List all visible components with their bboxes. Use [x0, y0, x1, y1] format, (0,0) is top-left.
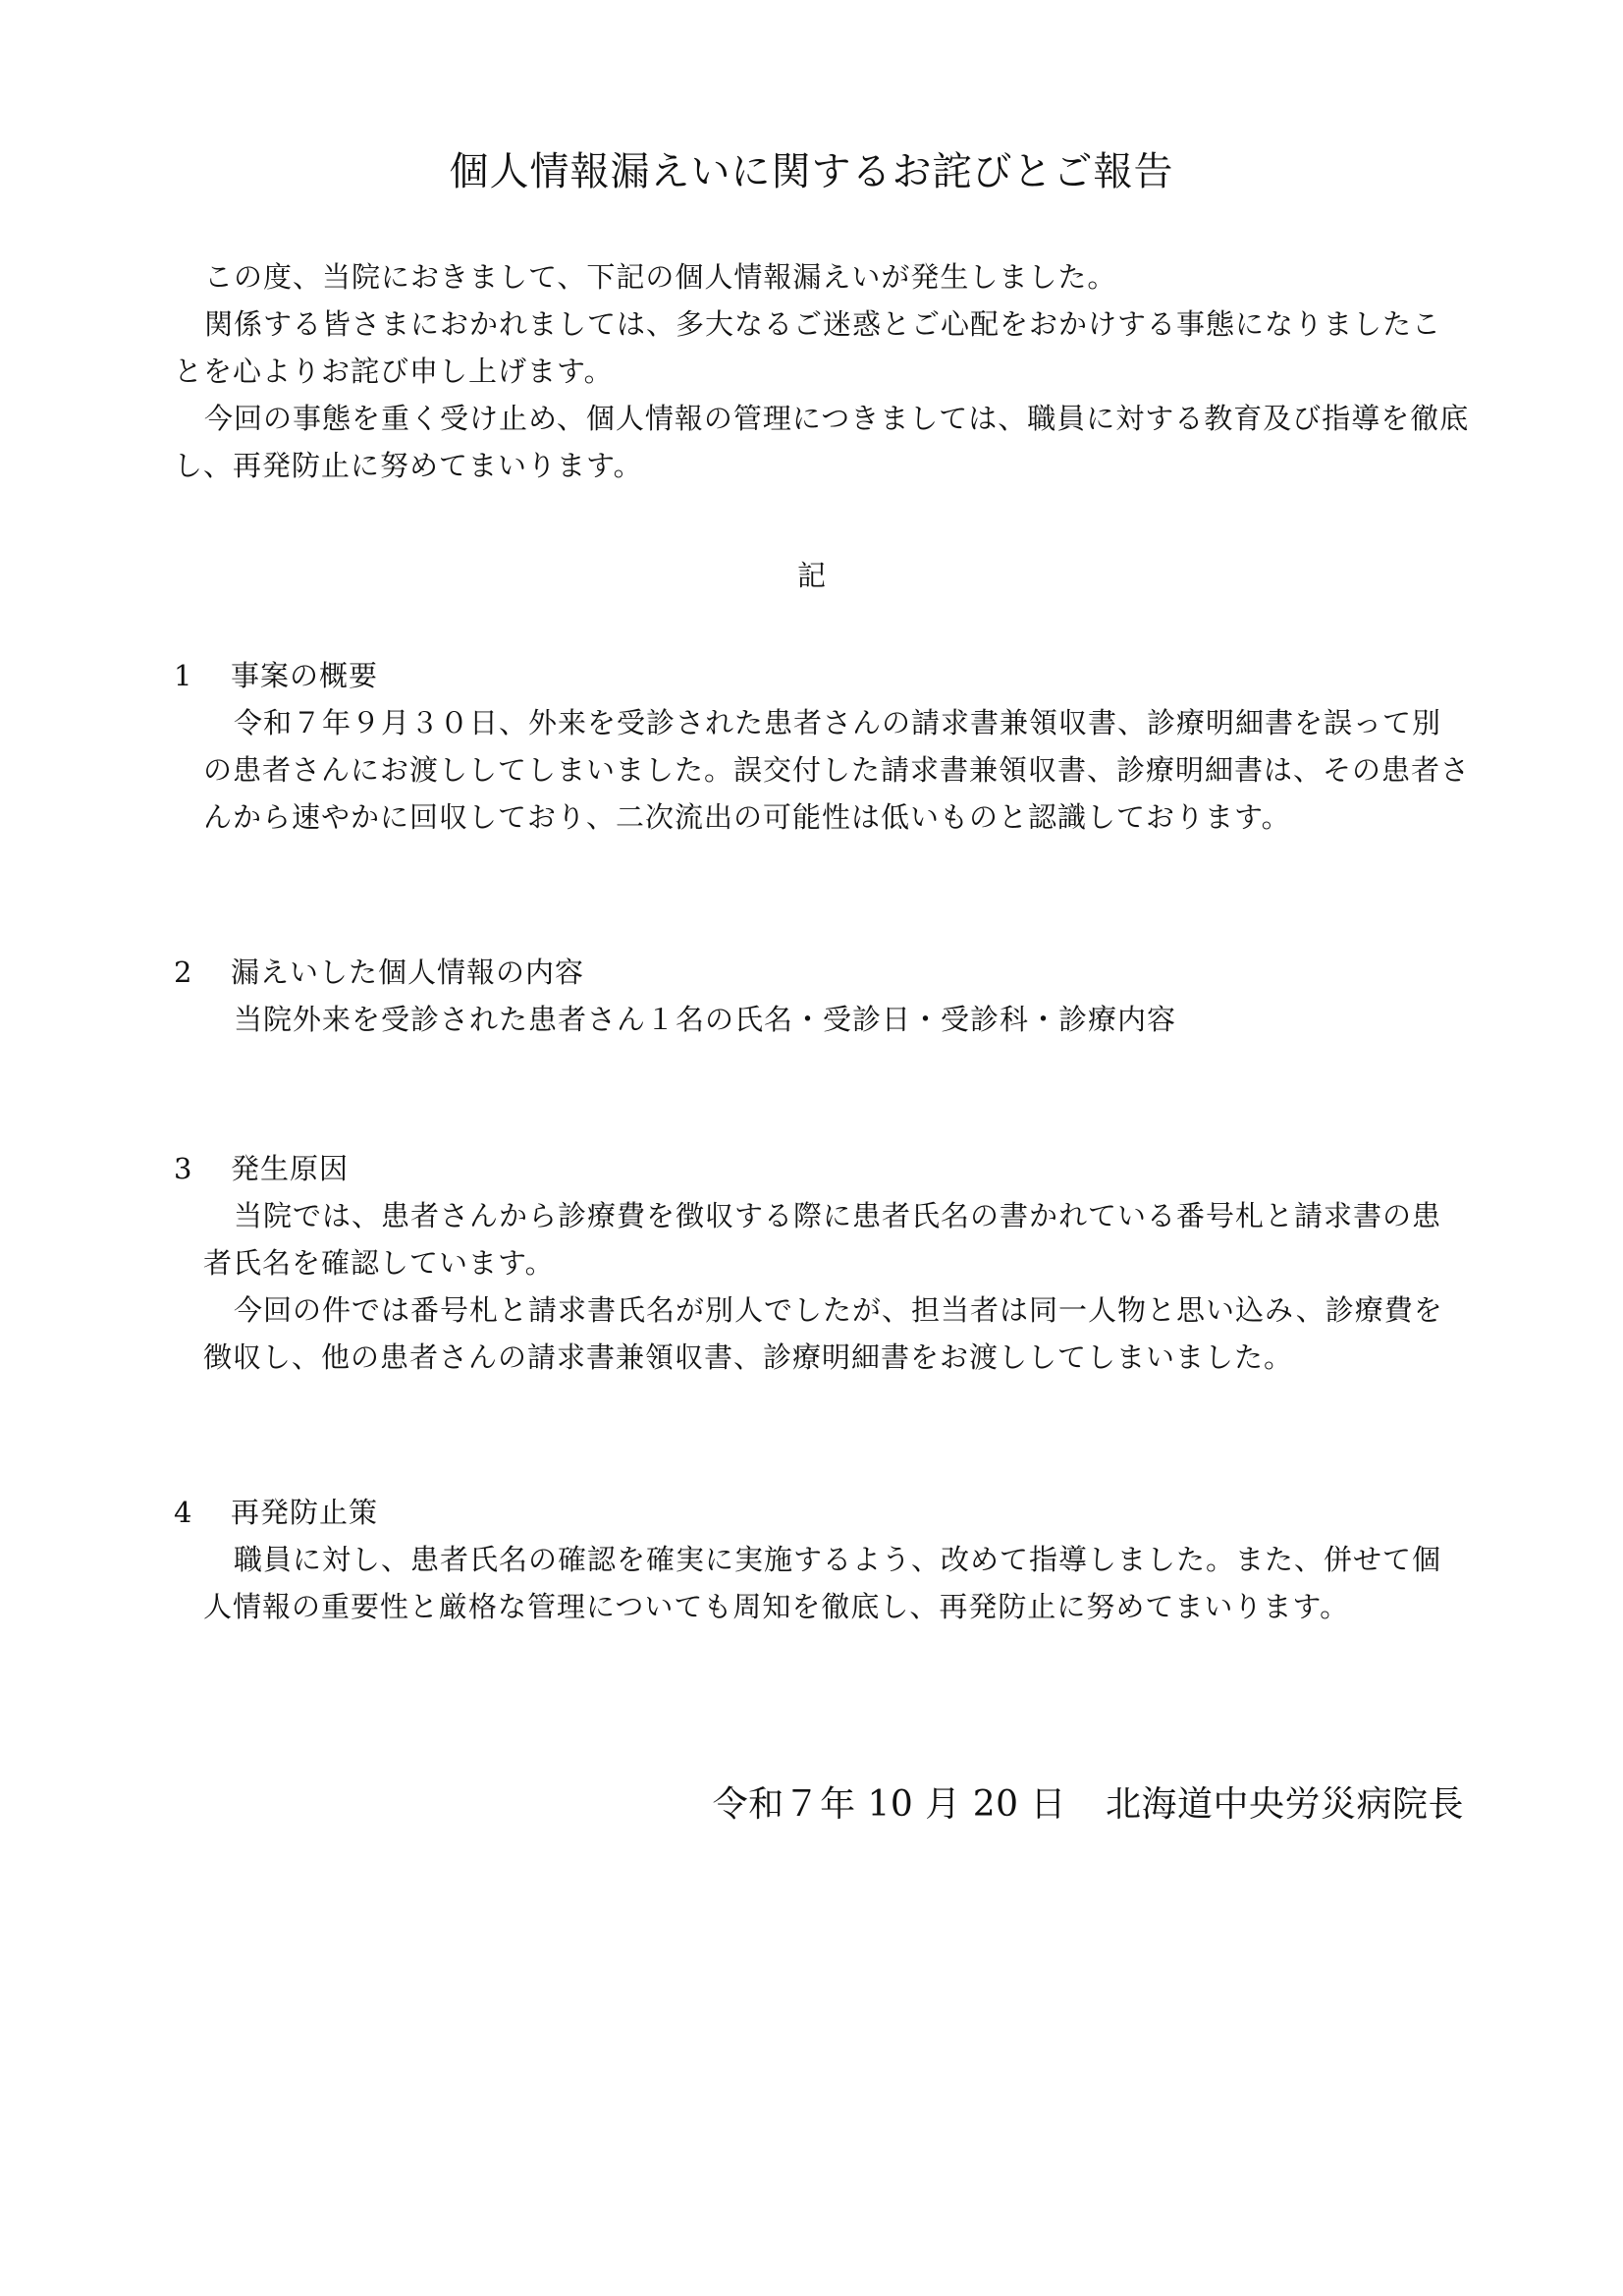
- section-body: 当院では、患者さんから診療費を徴収する際に患者氏名の書かれている番号札と請求書の…: [174, 1192, 1470, 1381]
- section-title: 発生原因: [231, 1145, 349, 1192]
- section-body: 職員に対し、患者氏名の確認を確実に実施するよう、改めて指導しました。また、併せて…: [174, 1536, 1470, 1630]
- section-body: 令和７年９月３０日、外来を受診された患者さんの請求書兼領収書、診療明細書を誤って…: [174, 699, 1470, 841]
- section-paragraph: 当院外来を受診された患者さん１名の氏名・受診日・受診科・診療内容: [203, 996, 1470, 1043]
- section-heading: 3 発生原因: [174, 1145, 1470, 1192]
- section-heading: 4 再発防止策: [174, 1489, 1470, 1536]
- signature-author: 北海道中央労災病院長: [1106, 1784, 1464, 1825]
- section-number: 4: [174, 1489, 231, 1536]
- section-leaked-info: 2 漏えいした個人情報の内容 当院外来を受診された患者さん１名の氏名・受診日・受…: [174, 949, 1470, 1043]
- section-prevention: 4 再発防止策 職員に対し、患者氏名の確認を確実に実施するよう、改めて指導しまし…: [174, 1489, 1470, 1630]
- section-number: 3: [174, 1145, 231, 1192]
- intro-paragraph: 関係する皆さまにおかれましては、多大なるご迷惑とご心配をおかけする事態になりまし…: [174, 301, 1470, 395]
- section-body: 当院外来を受診された患者さん１名の氏名・受診日・受診科・診療内容: [174, 996, 1470, 1043]
- section-cause: 3 発生原因 当院では、患者さんから診療費を徴収する際に患者氏名の書かれている番…: [174, 1145, 1470, 1381]
- ki-marker: 記: [0, 552, 1623, 599]
- intro-paragraph: この度、当院におきまして、下記の個人情報漏えいが発生しました。: [174, 253, 1470, 301]
- section-number: 2: [174, 949, 231, 996]
- section-heading: 1 事案の概要: [174, 652, 1470, 699]
- intro-paragraph: 今回の事態を重く受け止め、個人情報の管理につきましては、職員に対する教育及び指導…: [174, 395, 1470, 489]
- document-page: 個人情報漏えいに関するお詫びとご報告 この度、当院におきまして、下記の個人情報漏…: [0, 0, 1623, 2296]
- section-title: 再発防止策: [231, 1489, 378, 1536]
- section-paragraph: 今回の件では番号札と請求書氏名が別人でしたが、担当者は同一人物と思い込み、診療費…: [203, 1286, 1470, 1381]
- section-paragraph: 令和７年９月３０日、外来を受診された患者さんの請求書兼領収書、診療明細書を誤って…: [203, 699, 1470, 841]
- section-title: 漏えいした個人情報の内容: [231, 949, 584, 996]
- intro-block: この度、当院におきまして、下記の個人情報漏えいが発生しました。 関係する皆さまに…: [174, 253, 1470, 489]
- signature-date: 令和７年 10 月 20 日: [713, 1784, 1066, 1825]
- section-paragraph: 職員に対し、患者氏名の確認を確実に実施するよう、改めて指導しました。また、併せて…: [203, 1536, 1470, 1630]
- section-paragraph: 当院では、患者さんから診療費を徴収する際に患者氏名の書かれている番号札と請求書の…: [203, 1192, 1470, 1286]
- document-title: 個人情報漏えいに関するお詫びとご報告: [0, 147, 1623, 196]
- section-heading: 2 漏えいした個人情報の内容: [174, 949, 1470, 996]
- section-number: 1: [174, 652, 231, 699]
- signature-line: 令和７年 10 月 20 日北海道中央労災病院長: [713, 1780, 1464, 1830]
- section-title: 事案の概要: [231, 652, 378, 699]
- section-incident-overview: 1 事案の概要 令和７年９月３０日、外来を受診された患者さんの請求書兼領収書、診…: [174, 652, 1470, 841]
